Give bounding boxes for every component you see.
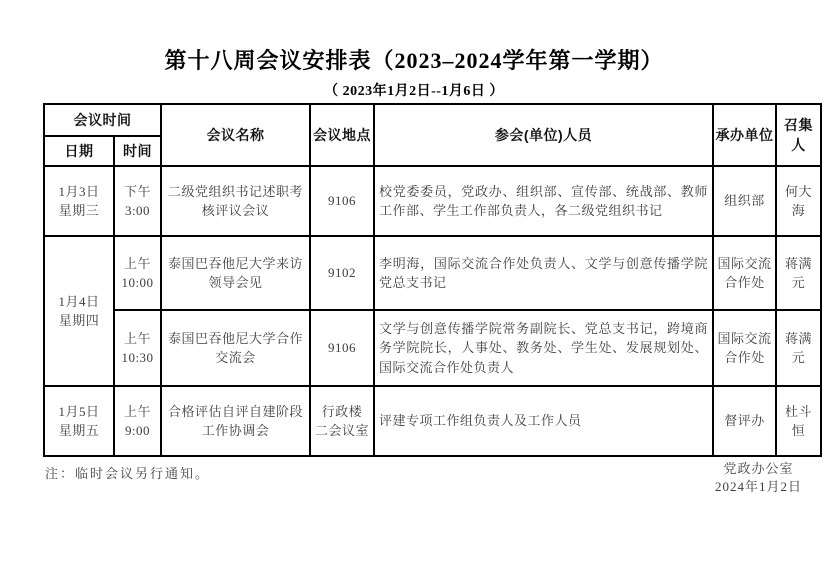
participants-cell: 评建专项工作组负责人及工作人员 <box>374 386 713 456</box>
location-cell: 9106 <box>310 166 374 236</box>
page-subtitle: （ 2023年1月2日--1月6日 ） <box>0 80 828 100</box>
office-signature: 党政办公室 <box>715 460 802 478</box>
meeting-name-cell: 泰国巴吞他尼大学来访领导会见 <box>161 236 310 310</box>
organizer-cell: 国际交流 合作处 <box>713 236 776 310</box>
header-row-1: 会议时间 会议名称 会议地点 参会(单位)人员 承办单位 召集人 <box>44 104 821 136</box>
table-row: 1月4日 星期四 上午 10:00 泰国巴吞他尼大学来访领导会见 9102 李明… <box>44 236 821 310</box>
participants-cell: 校党委委员，党政办、组织部、宣传部、统战部、教师工作部、学生工作部负责人，各二级… <box>374 166 713 236</box>
col-header-date: 日期 <box>44 136 114 166</box>
date-cell: 1月4日 星期四 <box>44 236 114 386</box>
col-header-time: 时间 <box>114 136 161 166</box>
organizer-cell: 组织部 <box>713 166 776 236</box>
organizer-cell: 国际交流 合作处 <box>713 310 776 386</box>
signature-block: 党政办公室 2024年1月2日 <box>715 460 802 496</box>
convener-cell: 蒋满元 <box>776 236 821 310</box>
participants-cell: 李明海，国际交流合作处负责人、文学与创意传播学院党总支书记 <box>374 236 713 310</box>
time-cell: 上午 10:00 <box>114 236 161 310</box>
col-header-meeting-name: 会议名称 <box>161 104 310 166</box>
page-title: 第十八周会议安排表（2023–2024学年第一学期） <box>0 44 828 75</box>
table-row: 上午 10:30 泰国巴吞他尼大学合作交流会 9106 文学与创意传播学院常务副… <box>44 310 821 386</box>
location-cell: 行政楼 二会议室 <box>310 386 374 456</box>
col-header-meeting-time: 会议时间 <box>44 104 161 136</box>
organizer-cell: 督评办 <box>713 386 776 456</box>
location-cell: 9102 <box>310 236 374 310</box>
col-header-location: 会议地点 <box>310 104 374 166</box>
table-row: 1月3日 星期三 下午 3:00 二级党组织书记述职考核评议会议 9106 校党… <box>44 166 821 236</box>
date-cell: 1月3日 星期三 <box>44 166 114 236</box>
time-cell: 下午 3:00 <box>114 166 161 236</box>
col-header-convener: 召集人 <box>776 104 821 166</box>
note-text: 注：临时会议另行通知。 <box>45 463 210 482</box>
meeting-schedule-table: 会议时间 会议名称 会议地点 参会(单位)人员 承办单位 召集人 日期 时间 1… <box>43 103 822 457</box>
convener-cell: 何大海 <box>776 166 821 236</box>
table-row: 1月5日 星期五 上午 9:00 合格评估自评自建阶段工作协调会 行政楼 二会议… <box>44 386 821 456</box>
location-cell: 9106 <box>310 310 374 386</box>
signature-date: 2024年1月2日 <box>715 478 802 496</box>
convener-cell: 蒋满元 <box>776 310 821 386</box>
meeting-name-cell: 二级党组织书记述职考核评议会议 <box>161 166 310 236</box>
time-cell: 上午 9:00 <box>114 386 161 456</box>
convener-cell: 杜斗恒 <box>776 386 821 456</box>
meeting-name-cell: 合格评估自评自建阶段工作协调会 <box>161 386 310 456</box>
participants-cell: 文学与创意传播学院常务副院长、党总支书记，跨境商务学院院长，人事处、教务处、学生… <box>374 310 713 386</box>
document-page: 第十八周会议安排表（2023–2024学年第一学期） （ 2023年1月2日--… <box>0 0 828 562</box>
col-header-organizer: 承办单位 <box>713 104 776 166</box>
col-header-participants: 参会(单位)人员 <box>374 104 713 166</box>
meeting-name-cell: 泰国巴吞他尼大学合作交流会 <box>161 310 310 386</box>
date-cell: 1月5日 星期五 <box>44 386 114 456</box>
time-cell: 上午 10:30 <box>114 310 161 386</box>
